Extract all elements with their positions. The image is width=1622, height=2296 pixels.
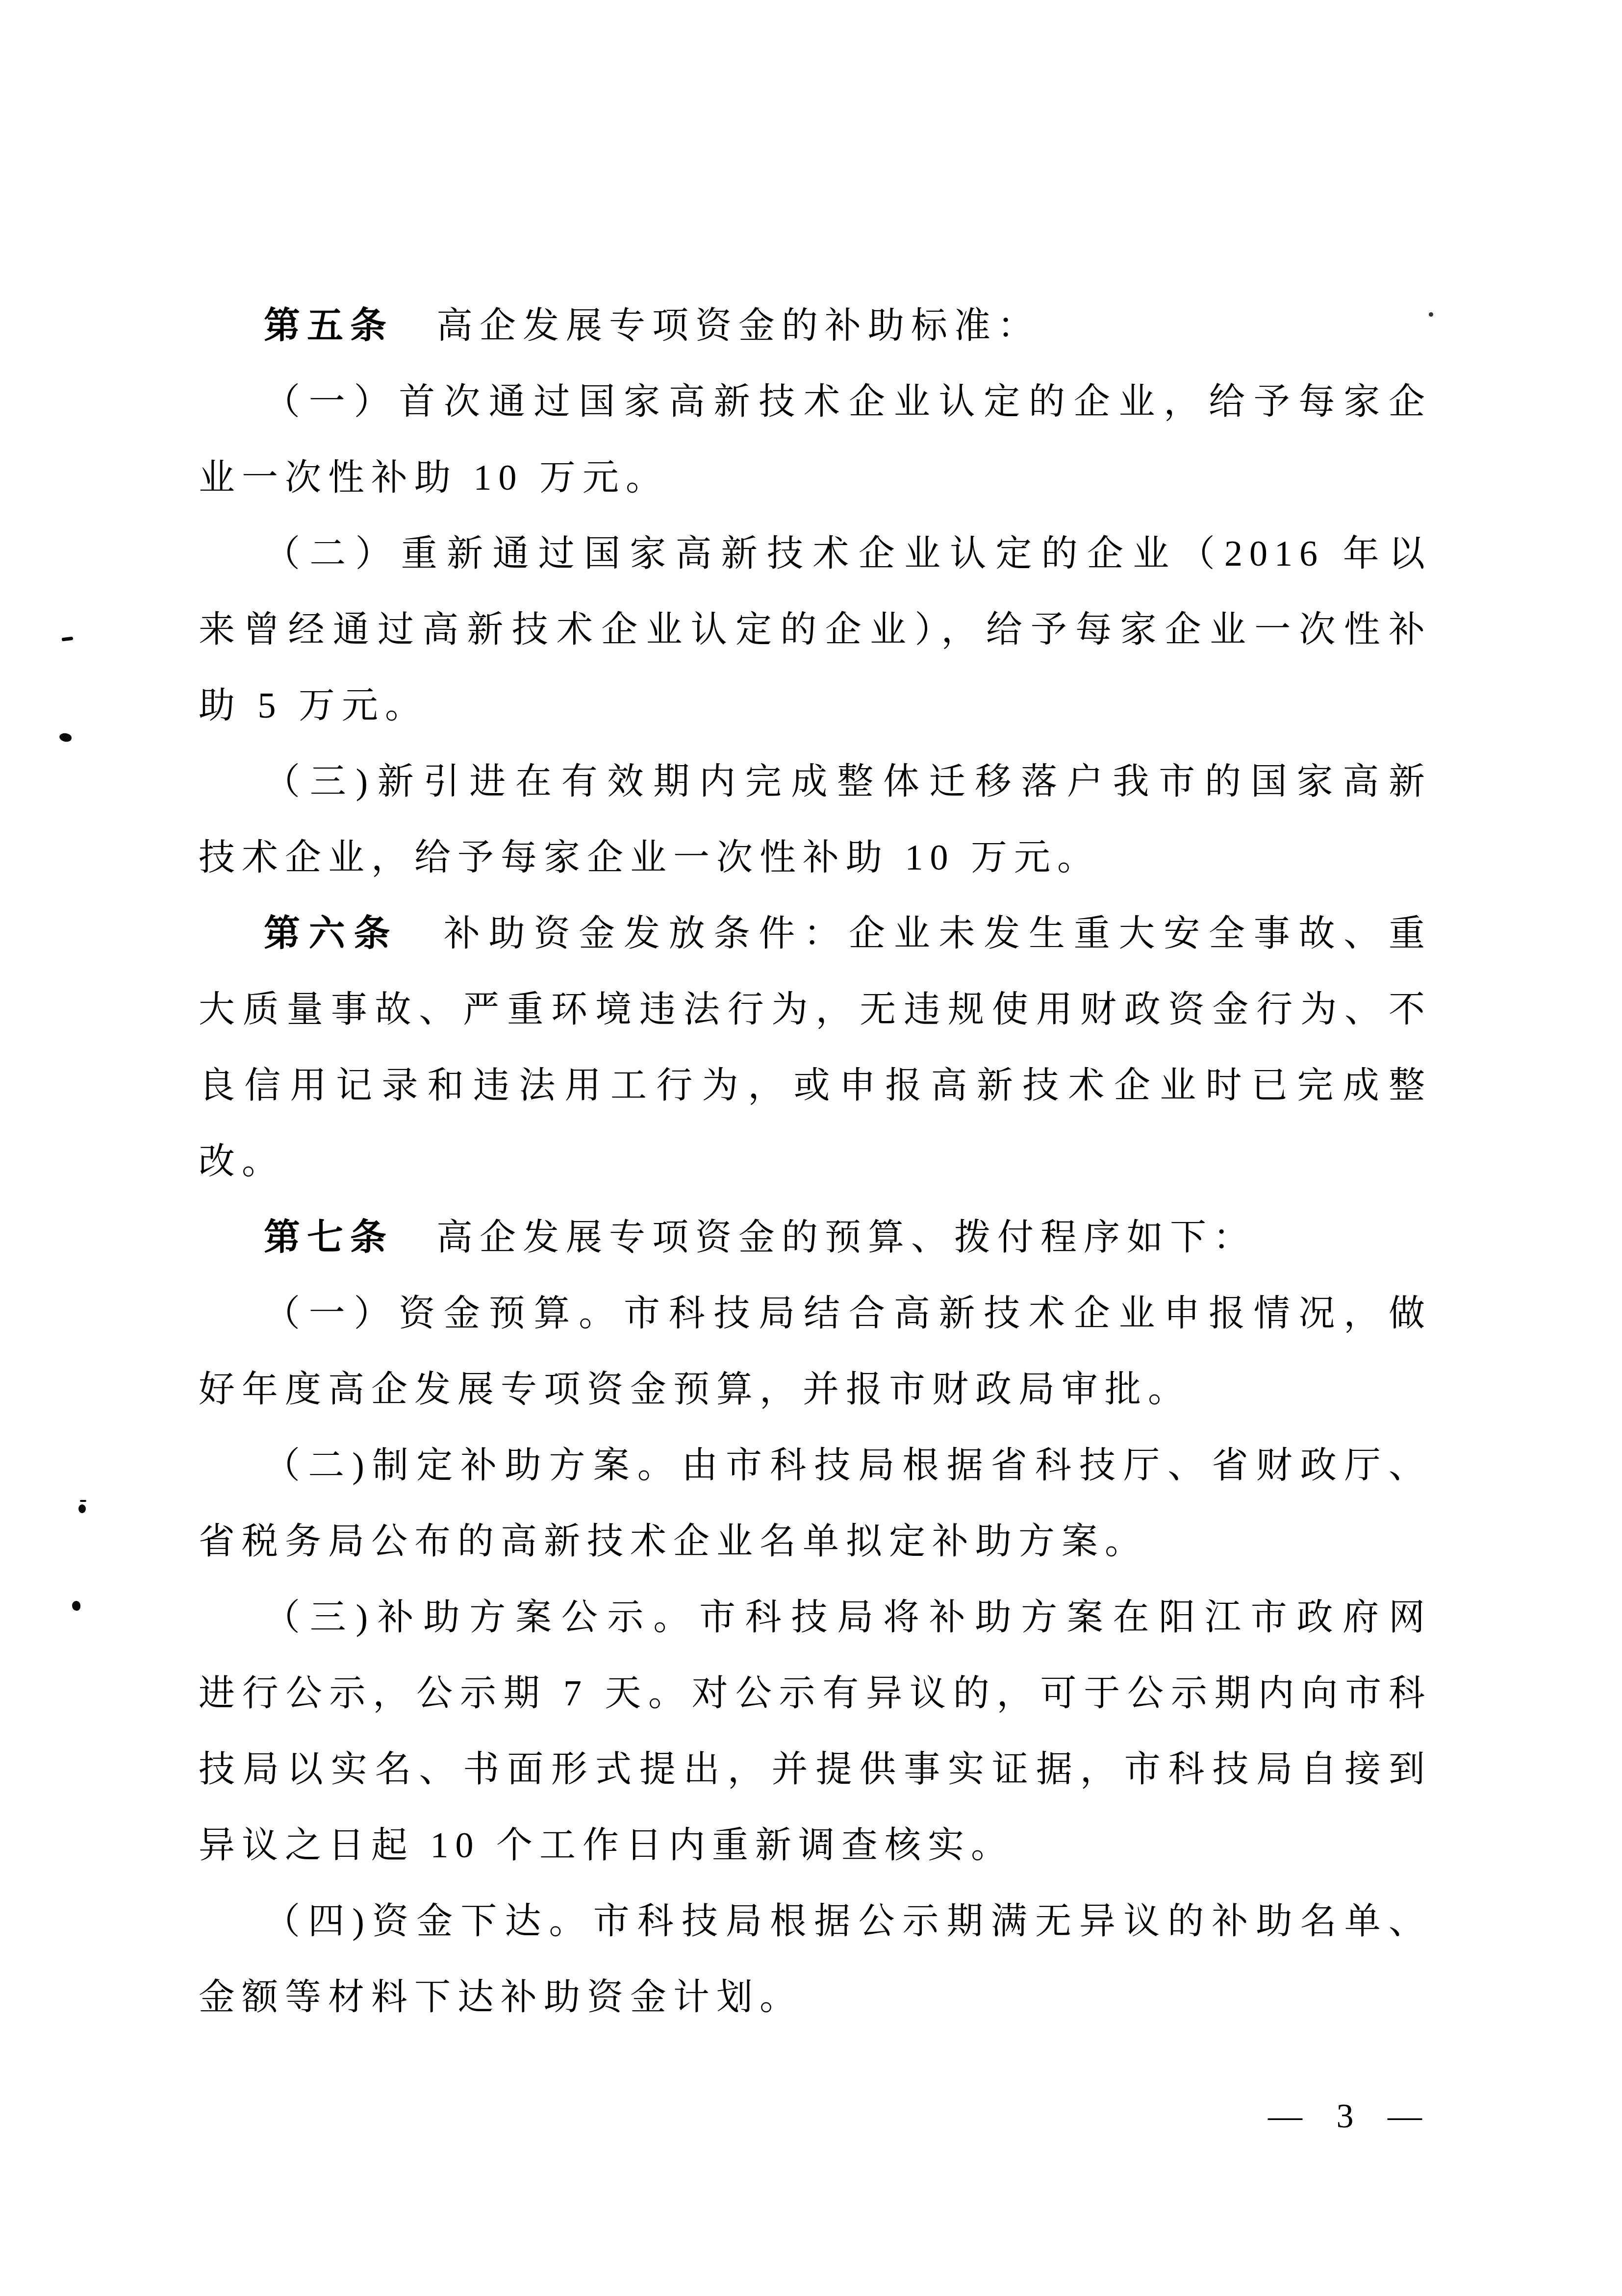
text-run: 业一次性补助 10 万元。	[199, 458, 669, 498]
text-line: 大质量事故、严重环境违法行为，无违规使用财政资金行为、不	[199, 972, 1432, 1048]
text-line: （二)制定补助方案。由市科技局根据省科技厅、省财政厅、	[199, 1428, 1432, 1504]
text-line: 好年度高企发展专项资金预算，并报市财政局审批。	[199, 1352, 1432, 1428]
text-line: （三)新引进在有效期内完成整体迁移落户我市的国家高新	[199, 744, 1432, 820]
text-run: 技术企业，给予每家企业一次性补助 10 万元。	[199, 838, 1100, 878]
text-line: （一）资金预算。市科技局结合高新技术企业申报情况，做	[199, 1276, 1432, 1352]
text-line: 金额等材料下达补助资金计划。	[199, 1960, 1432, 2036]
text-line: 良信用记录和违法用工行为，或申报高新技术企业时已完成整	[199, 1048, 1432, 1124]
article-number-label: 第五条	[264, 306, 393, 346]
text-run: （四)资金下达。市科技局根据公示期满无异议的补助名单、	[264, 1901, 1432, 1942]
article-number-label: 第六条	[264, 914, 399, 954]
text-run: 好年度高企发展专项资金预算，并报市财政局审批。	[199, 1370, 1191, 1410]
ink-speck	[1429, 312, 1433, 317]
text-line: 助 5 万元。	[199, 668, 1432, 744]
ink-speck	[78, 1504, 86, 1513]
text-run: （三)补助方案公示。市科技局将补助方案在阳江市政府网	[264, 1597, 1432, 1638]
text-run: 大质量事故、严重环境违法行为，无违规使用财政资金行为、不	[199, 990, 1432, 1030]
text-line: （一）首次通过国家高新技术企业认定的企业，给予每家企	[199, 364, 1432, 440]
text-line: 进行公示，公示期 7 天。对公示有异议的，可于公示期内向市科	[199, 1656, 1432, 1732]
text-run: 改。	[199, 1142, 285, 1182]
ink-speck	[80, 1500, 86, 1502]
document-body: 第五条 高企发展专项资金的补助标准：（一）首次通过国家高新技术企业认定的企业，给…	[199, 288, 1432, 2036]
text-line: （四)资金下达。市科技局根据公示期满无异议的补助名单、	[199, 1884, 1432, 1960]
text-run: 省税务局公布的高新技术企业名单拟定补助方案。	[199, 1522, 1148, 1562]
text-run: 高企发展专项资金的补助标准：	[393, 306, 1040, 346]
scanned-document-page: 第五条 高企发展专项资金的补助标准：（一）首次通过国家高新技术企业认定的企业，给…	[0, 0, 1622, 2296]
text-line: 异议之日起 10 个工作日内重新调查核实。	[199, 1808, 1432, 1884]
text-line: 第七条 高企发展专项资金的预算、拨付程序如下：	[199, 1200, 1432, 1276]
text-run: 技局以实名、书面形式提出，并提供事实证据，市科技局自接到	[199, 1749, 1432, 1790]
text-line: 改。	[199, 1124, 1432, 1200]
text-run: （二)制定补助方案。由市科技局根据省科技厅、省财政厅、	[264, 1446, 1432, 1486]
text-line: （三)补助方案公示。市科技局将补助方案在阳江市政府网	[199, 1580, 1432, 1656]
text-run: （一）资金预算。市科技局结合高新技术企业申报情况，做	[264, 1294, 1432, 1334]
text-line: 技术企业，给予每家企业一次性补助 10 万元。	[199, 820, 1432, 896]
text-line: 第六条 补助资金发放条件：企业未发生重大安全事故、重	[199, 896, 1432, 972]
text-line: 来曾经通过高新技术企业认定的企业），给予每家企业一次性补	[199, 592, 1432, 668]
text-run: 来曾经通过高新技术企业认定的企业），给予每家企业一次性补	[199, 610, 1432, 650]
text-run: （三)新引进在有效期内完成整体迁移落户我市的国家高新	[264, 762, 1432, 802]
text-run: 高企发展专项资金的预算、拨付程序如下：	[393, 1218, 1256, 1258]
text-line: （二）重新通过国家高新技术企业认定的企业（2016 年以	[199, 516, 1432, 592]
text-run: 补助资金发放条件：企业未发生重大安全事故、重	[399, 914, 1432, 954]
article-number-label: 第七条	[264, 1218, 393, 1258]
text-run: 金额等材料下达补助资金计划。	[199, 1977, 803, 2018]
text-run: 进行公示，公示期 7 天。对公示有异议的，可于公示期内向市科	[199, 1673, 1432, 1714]
ink-speck	[59, 732, 73, 743]
text-run: （一）首次通过国家高新技术企业认定的企业，给予每家企	[264, 382, 1432, 422]
text-run: 助 5 万元。	[199, 686, 428, 726]
text-line: 技局以实名、书面形式提出，并提供事实证据，市科技局自接到	[199, 1732, 1432, 1808]
text-line: 业一次性补助 10 万元。	[199, 440, 1432, 516]
ink-speck	[62, 637, 74, 642]
text-line: 第五条 高企发展专项资金的补助标准：	[199, 288, 1432, 364]
text-run: 良信用记录和违法用工行为，或申报高新技术企业时已完成整	[199, 1066, 1432, 1106]
text-run: （二）重新通过国家高新技术企业认定的企业（2016 年以	[264, 534, 1432, 574]
text-line: 省税务局公布的高新技术企业名单拟定补助方案。	[199, 1504, 1432, 1580]
ink-speck	[72, 1601, 80, 1611]
text-run: 异议之日起 10 个工作日内重新调查核实。	[199, 1825, 1014, 1866]
page-number: — 3 —	[1268, 2097, 1435, 2136]
